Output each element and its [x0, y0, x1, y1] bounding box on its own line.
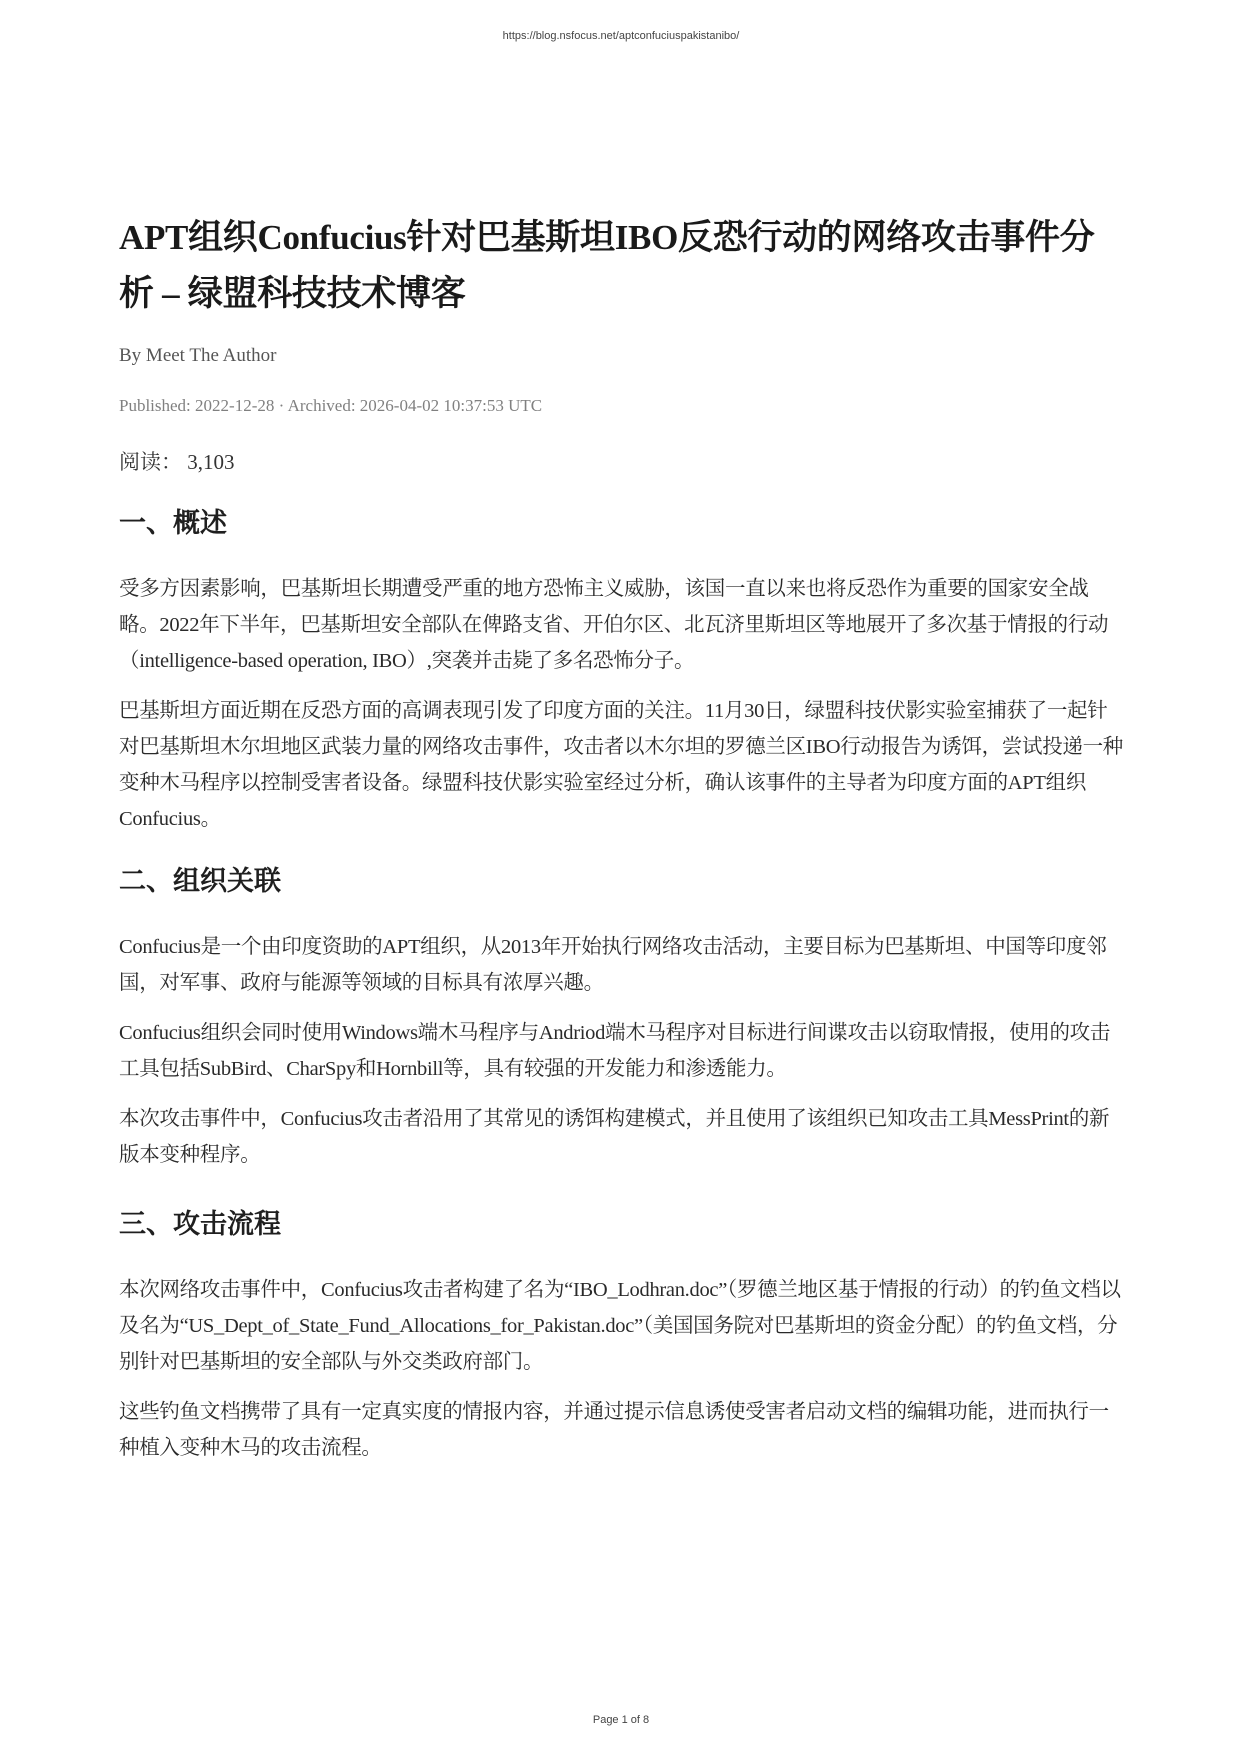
paragraph: 这些钓鱼文档携带了具有一定真实度的情报内容，并通过提示信息诱使受害者启动文档的编…	[119, 1394, 1123, 1466]
page-number: Page 1 of 8	[0, 1714, 1242, 1726]
paragraph: 本次攻击事件中，Confucius攻击者沿用了其常见的诱饵构建模式，并且使用了该…	[119, 1101, 1123, 1173]
author-byline: By Meet The Author	[119, 345, 276, 367]
section-heading: 三、攻击流程	[119, 1205, 1123, 1245]
section-heading: 二、组织关联	[119, 862, 1123, 902]
paragraph: 受多方因素影响，巴基斯坦长期遭受严重的地方恐怖主义威胁，该国一直以来也将反恐作为…	[119, 571, 1123, 679]
publish-meta: Published: 2022-12-28 · Archived: 2026-0…	[119, 396, 542, 416]
page-url: https://blog.nsfocus.net/aptconfuciuspak…	[0, 30, 1242, 42]
section-overview: 一、概述 受多方因素影响，巴基斯坦长期遭受严重的地方恐怖主义威胁，该国一直以来也…	[119, 504, 1123, 837]
section-attack-flow: 三、攻击流程 本次网络攻击事件中，Confucius攻击者构建了名为“IBO_L…	[119, 1205, 1123, 1466]
paragraph: Confucius是一个由印度资助的APT组织，从2013年开始执行网络攻击活动…	[119, 929, 1123, 1001]
section-heading: 一、概述	[119, 504, 1123, 544]
section-org-association: 二、组织关联 Confucius是一个由印度资助的APT组织，从2013年开始执…	[119, 862, 1123, 1173]
read-count: 阅读： 3,103	[119, 446, 235, 476]
article-title: APT组织Confucius针对巴基斯坦IBO反恐行动的网络攻击事件分析 – 绿…	[119, 210, 1123, 322]
paragraph: 本次网络攻击事件中，Confucius攻击者构建了名为“IBO_Lodhran.…	[119, 1272, 1123, 1380]
paragraph: 巴基斯坦方面近期在反恐方面的高调表现引发了印度方面的关注。11月30日，绿盟科技…	[119, 693, 1123, 837]
paragraph: Confucius组织会同时使用Windows端木马程序与Andriod端木马程…	[119, 1015, 1123, 1087]
